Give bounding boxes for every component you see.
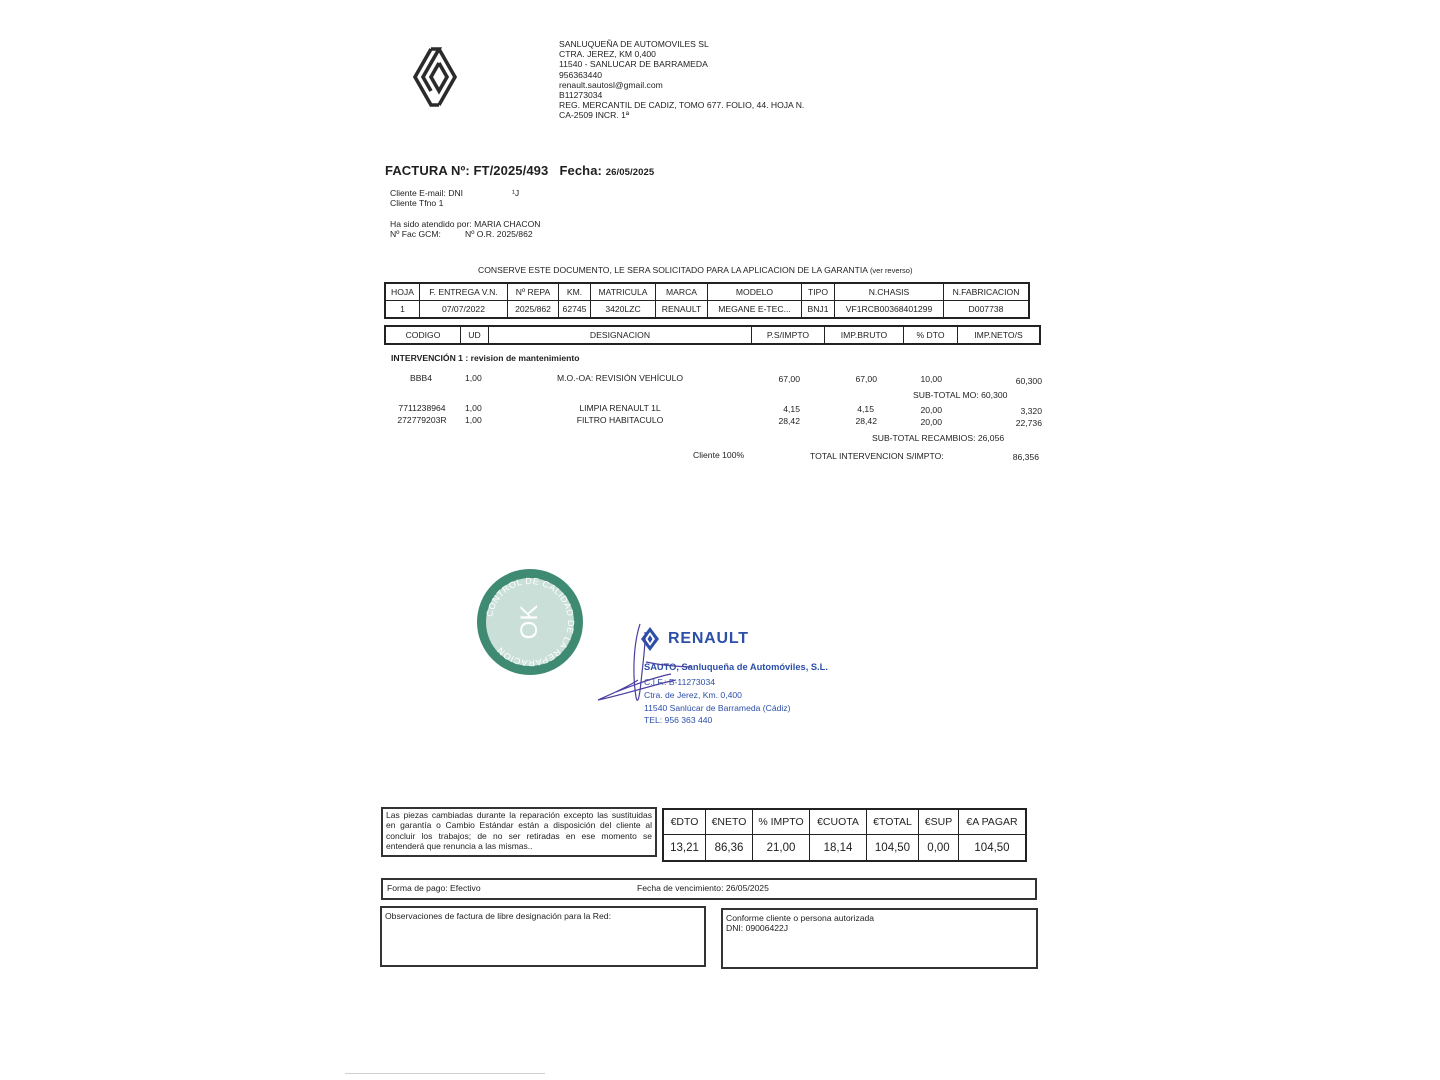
col-marca: MARCA: [656, 283, 708, 301]
item-imp-bruto: 67,00: [827, 374, 877, 384]
col-hoja: HOJA: [385, 283, 420, 301]
item-imp-neto: 3,320: [980, 406, 1042, 416]
col-matricula: MATRICULA: [591, 283, 656, 301]
col-entrega: F. ENTREGA V.N.: [420, 283, 508, 301]
col-modelo: MODELO: [708, 283, 802, 301]
item-ud: 1,00: [465, 415, 482, 425]
col-km: KM.: [559, 283, 591, 301]
item-ud: 1,00: [465, 373, 482, 383]
col-pct-impto: % IMPTO: [753, 809, 810, 835]
invoice-number: FACTURA Nº: FT/2025/493: [385, 163, 548, 178]
client-email-label: Cliente E-mail: DNI: [390, 188, 463, 198]
modelo-value: MEGANE E-TEC...: [708, 301, 802, 319]
col-eur-cuota: €CUOTA: [810, 809, 867, 835]
tipo-value: BNJ1: [802, 301, 835, 319]
km-value: 62745: [559, 301, 591, 319]
totals-header: €DTO €NETO % IMPTO €CUOTA €TOTAL €SUP €A…: [663, 809, 1026, 835]
client-info: Cliente E-mail: DNI ¹J Cliente Tfno 1: [390, 188, 463, 209]
quality-control-stamp: CONTROL DE CALIDAD DE LA REPARACION OK: [475, 567, 585, 677]
col-fabricacion: N.FABRICACION: [944, 283, 1030, 301]
eur-dto-value: 13,21: [663, 835, 706, 862]
total-intervention-label: TOTAL INTERVENCION S/IMPTO:: [810, 451, 944, 461]
stamp-ok-text: OK: [516, 605, 543, 640]
subtotal-mo: SUB-TOTAL MO: 60,300: [913, 390, 1007, 400]
warranty-notice: CONSERVE ESTE DOCUMENTO, LE SERA SOLICIT…: [478, 265, 912, 275]
pct-impto-value: 21,00: [753, 835, 810, 862]
col-repa: Nº REPA: [508, 283, 559, 301]
lines-table-header: CODIGO UD DESIGNACION P.S/IMPTO IMP.BRUT…: [384, 325, 1041, 345]
col-dto: % DTO: [904, 326, 958, 344]
order-number: Nº O.R. 2025/862: [465, 229, 533, 239]
col-ud: UD: [461, 326, 489, 344]
vehicle-table-row: 1 07/07/2022 2025/862 62745 3420LZC RENA…: [385, 301, 1029, 319]
conformity-dni: DNI: 09006422J: [723, 923, 1036, 933]
item-dto: 20,00: [892, 417, 942, 427]
client-dni-value: ¹J: [512, 188, 519, 198]
invoice-date: 26/05/2025: [606, 167, 655, 178]
chasis-value: VF1RCB00368401299: [835, 301, 944, 319]
marca-value: RENAULT: [656, 301, 708, 319]
item-imp-neto: 60,300: [980, 376, 1042, 386]
renault-diamond-icon: [412, 46, 458, 108]
intervention-label: INTERVENCIÓN 1 :: [391, 353, 468, 363]
item-designacion: M.O.-OA: REVISIÓN VEHÍCULO: [520, 373, 720, 383]
eur-a-pagar-value: 104,50: [959, 835, 1027, 862]
company-address: CTRA. JEREZ, KM 0,400: [559, 49, 804, 59]
company-registry: REG. MERCANTIL DE CADIZ, TOMO 677. FOLIO…: [559, 100, 804, 110]
col-chasis: N.CHASIS: [835, 283, 944, 301]
col-codigo: CODIGO: [385, 326, 461, 344]
vehicle-table-header: HOJA F. ENTREGA V.N. Nº REPA KM. MATRICU…: [385, 283, 1029, 301]
col-tipo: TIPO: [802, 283, 835, 301]
invoice-date-label: Fecha:: [559, 163, 602, 178]
invoice-title: FACTURA Nº: FT/2025/493 Fecha: 26/05/202…: [385, 163, 654, 178]
company-name: SANLUQUEÑA DE AUTOMOVILES SL: [559, 39, 804, 49]
service-info: Ha sido atendido por: MARIA CHACON Nº Fa…: [390, 219, 540, 240]
col-eur-total: €TOTAL: [867, 809, 919, 835]
col-eur-neto: €NETO: [706, 809, 753, 835]
item-codigo: 7711238964: [392, 403, 452, 413]
totals-table: €DTO €NETO % IMPTO €CUOTA €TOTAL €SUP €A…: [662, 808, 1027, 862]
client-percentage: Cliente 100%: [693, 450, 744, 460]
totals-values: 13,21 86,36 21,00 18,14 104,50 0,00 104,…: [663, 835, 1026, 862]
signature: [596, 622, 846, 732]
item-dto: 10,00: [892, 374, 942, 384]
item-ps-impto: 67,00: [750, 374, 800, 384]
vehicle-table: HOJA F. ENTREGA V.N. Nº REPA KM. MATRICU…: [384, 282, 1030, 319]
observations-box: Observaciones de factura de libre design…: [380, 906, 706, 967]
item-ps-impto: 4,15: [750, 404, 800, 414]
payment-method: Forma de pago: Efectivo: [387, 883, 481, 893]
company-email: renault.sautosl@gmail.com: [559, 80, 804, 90]
col-ps-impto: P.S/IMPTO: [752, 326, 825, 344]
item-imp-bruto: 28,42: [827, 416, 877, 426]
company-info: SANLUQUEÑA DE AUTOMOVILES SL CTRA. JEREZ…: [559, 39, 804, 121]
intervention-description: revision de mantenimiento: [471, 353, 580, 363]
warranty-notice-text: CONSERVE ESTE DOCUMENTO, LE SERA SOLICIT…: [478, 265, 868, 275]
item-ps-impto: 28,42: [750, 416, 800, 426]
total-intervention-value: 86,356: [980, 452, 1039, 462]
conformity-label: Conforme cliente o persona autorizada: [723, 910, 1036, 923]
company-city: 11540 - SANLUCAR DE BARRAMEDA: [559, 59, 804, 69]
item-ud: 1,00: [465, 403, 482, 413]
dealer-seal: RENAULT SAUTO, Sanluqueña de Automóviles…: [596, 622, 846, 732]
col-eur-sup: €SUP: [919, 809, 959, 835]
eur-cuota-value: 18,14: [810, 835, 867, 862]
repa-value: 2025/862: [508, 301, 559, 319]
intervention-title: INTERVENCIÓN 1 : revision de mantenimien…: [391, 353, 579, 363]
item-codigo: BBB4: [395, 373, 447, 383]
subtotal-recambios: SUB-TOTAL RECAMBIOS: 26,056: [872, 433, 1004, 443]
payment-box: Forma de pago: Efectivo Fecha de vencimi…: [381, 878, 1037, 900]
eur-total-value: 104,50: [867, 835, 919, 862]
company-cif: B11273034: [559, 90, 804, 100]
matricula-value: 3420LZC: [591, 301, 656, 319]
scan-artifact-line: [345, 1073, 545, 1074]
item-codigo: 272779203R: [392, 415, 452, 425]
attended-by: Ha sido atendido por: MARIA CHACON: [390, 219, 540, 229]
entrega-value: 07/07/2022: [420, 301, 508, 319]
warranty-notice-small: (ver reverso): [870, 266, 913, 275]
client-phone-label: Cliente Tfno 1: [390, 198, 463, 208]
hoja-value: 1: [385, 301, 420, 319]
item-designacion: LIMPIA RENAULT 1L: [520, 403, 720, 413]
company-registry-2: CA-2509 INCR. 1ª: [559, 110, 804, 120]
parts-notice: Las piezas cambiadas durante la reparaci…: [381, 807, 657, 857]
col-imp-bruto: IMP.BRUTO: [825, 326, 904, 344]
item-imp-bruto: 4,15: [824, 404, 874, 414]
fabricacion-value: D007738: [944, 301, 1030, 319]
due-date: Fecha de vencimiento: 26/05/2025: [637, 883, 769, 893]
observations-label: Observaciones de factura de libre design…: [382, 908, 704, 921]
col-designacion: DESIGNACION: [489, 326, 752, 344]
item-dto: 20,00: [892, 405, 942, 415]
eur-neto-value: 86,36: [706, 835, 753, 862]
col-imp-neto: IMP.NETO/S: [958, 326, 1041, 344]
company-phone: 956363440: [559, 70, 804, 80]
col-eur-dto: €DTO: [663, 809, 706, 835]
eur-sup-value: 0,00: [919, 835, 959, 862]
conformity-box: Conforme cliente o persona autorizada DN…: [721, 908, 1038, 969]
col-eur-a-pagar: €A PAGAR: [959, 809, 1027, 835]
item-designacion: FILTRO HABITACULO: [520, 415, 720, 425]
item-imp-neto: 22,736: [980, 418, 1042, 428]
